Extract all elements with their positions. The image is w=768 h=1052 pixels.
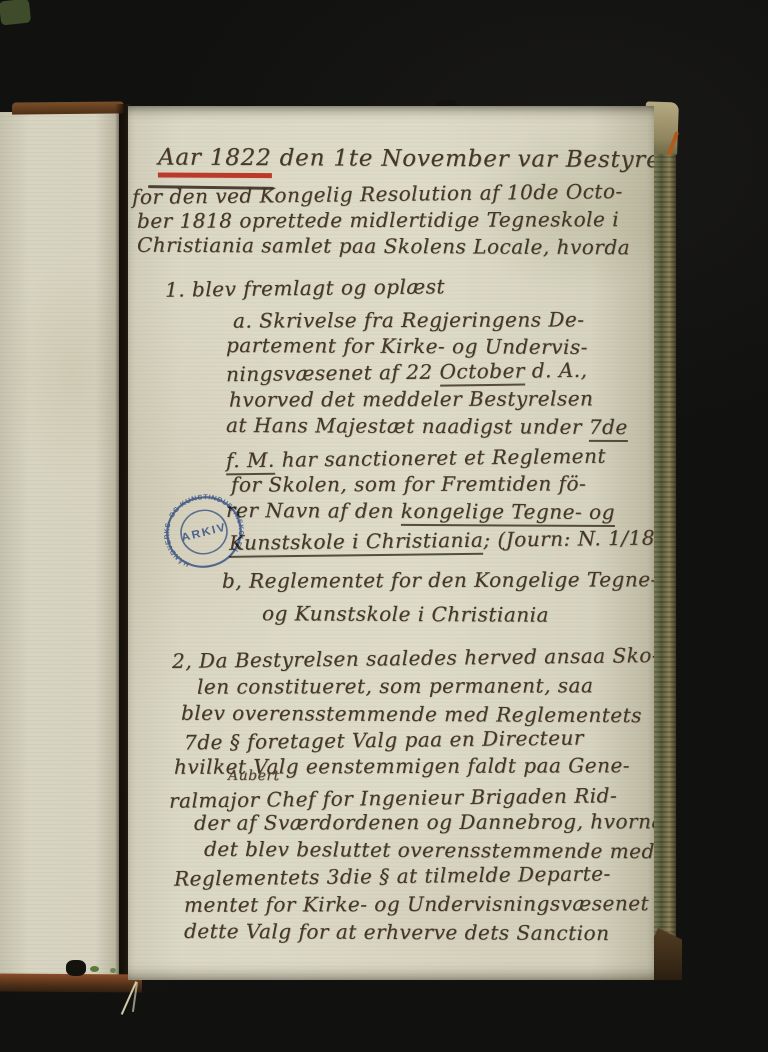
manuscript-line: der af Sværdordenen og Dannebrog, hvornæ… bbox=[194, 809, 654, 835]
green-speck bbox=[110, 968, 116, 973]
cover-corner-patch bbox=[0, 0, 31, 26]
interlinear-insertion: Aubert bbox=[228, 768, 280, 784]
manuscript-line: dette Valg for at erhverve dets Sanction bbox=[184, 919, 610, 945]
photo-background: { "photo": { "description_colors": { "ba… bbox=[0, 0, 768, 1052]
manuscript-line: Kunstskole i Christiania; (Journ: N. 1/1… bbox=[229, 525, 654, 555]
manuscript-line: partement for Kirke- og Undervis- bbox=[226, 333, 588, 359]
manuscript-line: Reglementets 3die § at tilmelde Departe- bbox=[174, 861, 611, 890]
left-cover-edge bbox=[12, 101, 124, 114]
text-segment: October bbox=[439, 359, 525, 387]
page-fore-edge bbox=[652, 116, 676, 972]
manuscript-line: for den ved Kongelig Resolution af 10de … bbox=[132, 179, 623, 209]
text-segment: den 1te November var Bestyrelsen bbox=[271, 145, 654, 173]
manuscript-line: f. M. har sanctioneret et Reglement bbox=[226, 444, 606, 473]
text-segment: f. M. bbox=[226, 448, 275, 476]
manuscript-line: 7de § foretaget Valg paa en Directeur bbox=[184, 726, 584, 755]
text-segment: ningsvæsenet af 22 bbox=[226, 360, 440, 387]
green-speck bbox=[90, 966, 99, 972]
stamp-center-text: ARKIV bbox=[180, 521, 228, 544]
manuscript-page: Aar 1822 den 1te November var Bestyrelse… bbox=[128, 106, 654, 980]
manuscript-line: b, Reglementet for den Kongelige Tegne- bbox=[222, 567, 654, 593]
manuscript-line: Aar 1822 den 1te November var Bestyrelse… bbox=[158, 145, 654, 174]
text-segment: kongelige Tegne- og bbox=[401, 499, 615, 527]
manuscript-line: hvorved det meddeler Bestyrelsen bbox=[229, 386, 594, 411]
manuscript-line: ralmajor Chef for Ingenieur Brigaden Rid… bbox=[169, 783, 617, 812]
text-segment: ; (Journ: N. 1/1822) bbox=[483, 525, 654, 552]
manuscript-line: len constitueret, som permanent, saa bbox=[197, 673, 593, 698]
manuscript-line: blev overensstemmende med Reglementets bbox=[181, 701, 642, 727]
manuscript-line: og Kunstskole i Christiania bbox=[262, 601, 549, 627]
bottom-cover-edge bbox=[0, 974, 142, 993]
manuscript-line: ber 1818 oprettede midlertidige Tegnesko… bbox=[137, 207, 619, 233]
text-segment: d. A., bbox=[525, 358, 588, 383]
text-segment: 7de bbox=[589, 415, 628, 442]
facing-page bbox=[0, 112, 119, 976]
manuscript-line: Christiania samlet paa Skolens Locale, h… bbox=[137, 233, 630, 260]
manuscript-line: mentet for Kirke- og Undervisningsvæsene… bbox=[184, 891, 649, 917]
text-segment: Kunstskole i Christiania bbox=[229, 528, 484, 558]
manuscript-line: ningsvæsenet af 22 October d. A., bbox=[226, 358, 588, 386]
text-segment: har sanctioneret et Reglement bbox=[275, 444, 606, 472]
manuscript-line: 2, Da Bestyrelsen saaledes herved ansaa … bbox=[172, 643, 654, 673]
manuscript-line: det blev besluttet overensstemmende med bbox=[204, 837, 654, 863]
manuscript-line: a. Skrivelse fra Regjeringens De- bbox=[233, 307, 585, 332]
text-segment: at Hans Majestæt naadigst under bbox=[226, 413, 589, 439]
text-segment: Aar 1822 bbox=[158, 145, 272, 179]
manuscript-line: at Hans Majestæt naadigst under 7de bbox=[226, 413, 628, 439]
text-segment: rer Navn af den bbox=[226, 498, 401, 523]
edge-damage-mark bbox=[66, 960, 86, 976]
manuscript-line: 1. blev fremlagt og oplæst bbox=[165, 274, 445, 301]
manuscript-line: rer Navn af den kongelige Tegne- og bbox=[226, 498, 615, 524]
manuscript-line: for Skolen, som for Fremtiden fö- bbox=[231, 471, 586, 496]
